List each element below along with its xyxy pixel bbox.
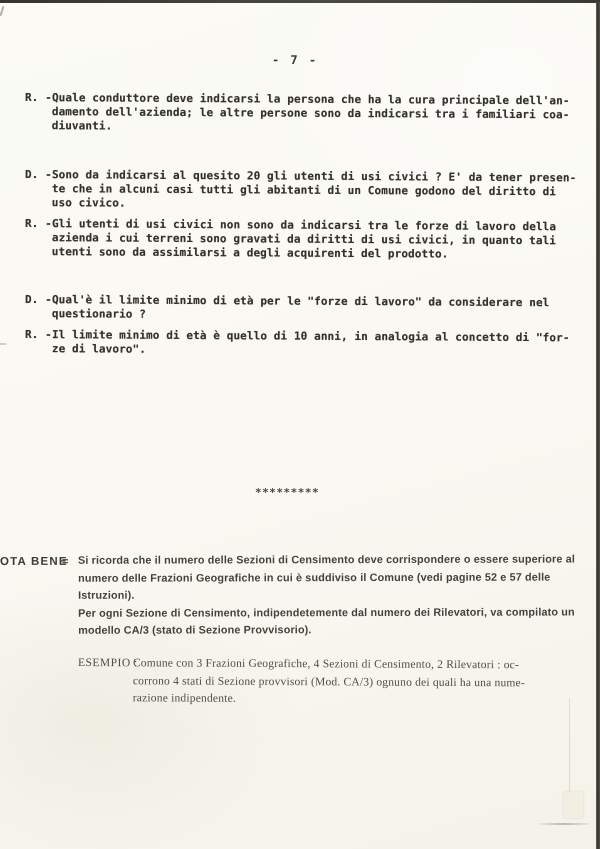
nota-bene-line: Per ogni Sezione di Censimento, indipend…	[78, 604, 582, 623]
scan-artifact-dash	[0, 343, 6, 345]
qa-text: Sono da indicarsi al quesito 20 gli uten…	[52, 168, 582, 213]
qa-label: R. -	[25, 328, 52, 356]
qa-text: Il limite minimo di età è quello di 10 a…	[52, 328, 582, 359]
qa-label: R. -	[25, 91, 52, 133]
scan-artifact-rectangle	[564, 792, 583, 818]
nota-bene-text: Si ricorda che il numero delle Sezioni d…	[78, 551, 582, 640]
asterisk-separator: *********	[255, 486, 319, 499]
esempio-block: ESEMPIO : Comune con 3 Frazioni Geografi…	[78, 655, 582, 710]
esempio-text: Comune con 3 Frazioni Geografiche, 4 Sez…	[133, 655, 582, 710]
qa-paragraph-answer-1: R. - Quale conduttore deve indicarsi la …	[25, 91, 582, 136]
qa-paragraph-answer-3: R. - Il limite minimo di età è quello di…	[25, 328, 582, 359]
qa-label: D. -	[25, 293, 52, 321]
scan-edge-top	[0, 0, 600, 3]
nota-bene-line: Istruzioni).	[78, 587, 582, 606]
qa-text: Qual'è il limite minimo di età per le "f…	[52, 293, 582, 324]
nota-bene-line: numero delle Frazioni Geografiche in cui…	[78, 569, 582, 588]
scan-corner-mark	[0, 6, 4, 16]
esempio-line: Comune con 3 Frazioni Geografiche, 4 Sez…	[133, 655, 582, 675]
scanned-document-page: - 7 - R. - Quale conduttore deve indicar…	[0, 0, 600, 849]
nota-bene-line: modello CA/3 (stato di Sezione Provvisor…	[78, 622, 582, 641]
esempio-line: razione indipendente.	[133, 690, 582, 710]
qa-text: Gli utenti di usi civici non sono da ind…	[52, 217, 582, 262]
qa-paragraph-question-3: D. - Qual'è il limite minimo di età per …	[25, 293, 582, 324]
scan-edge-right	[596, 2, 600, 849]
page-number: - 7 -	[272, 53, 318, 67]
nota-bene-label: OTA BENE	[0, 554, 68, 572]
nota-bene-line: Si ricorda che il numero delle Sezioni d…	[78, 551, 582, 570]
qa-paragraph-question-2: D. - Sono da indicarsi al quesito 20 gli…	[25, 168, 582, 213]
esempio-label: ESEMPIO :	[78, 655, 133, 708]
qa-label: R. -	[25, 217, 52, 259]
qa-text: Quale conduttore deve indicarsi la perso…	[52, 91, 582, 136]
nota-bene-block: OTA BENE = Si ricorda che il numero dell…	[0, 551, 582, 640]
nota-bene-equals-sign: =	[62, 554, 68, 572]
qa-paragraph-answer-2: R. - Gli utenti di usi civici non sono d…	[25, 217, 582, 262]
qa-label: D. -	[25, 168, 52, 210]
scan-artifact-horizontal-line	[537, 823, 589, 825]
